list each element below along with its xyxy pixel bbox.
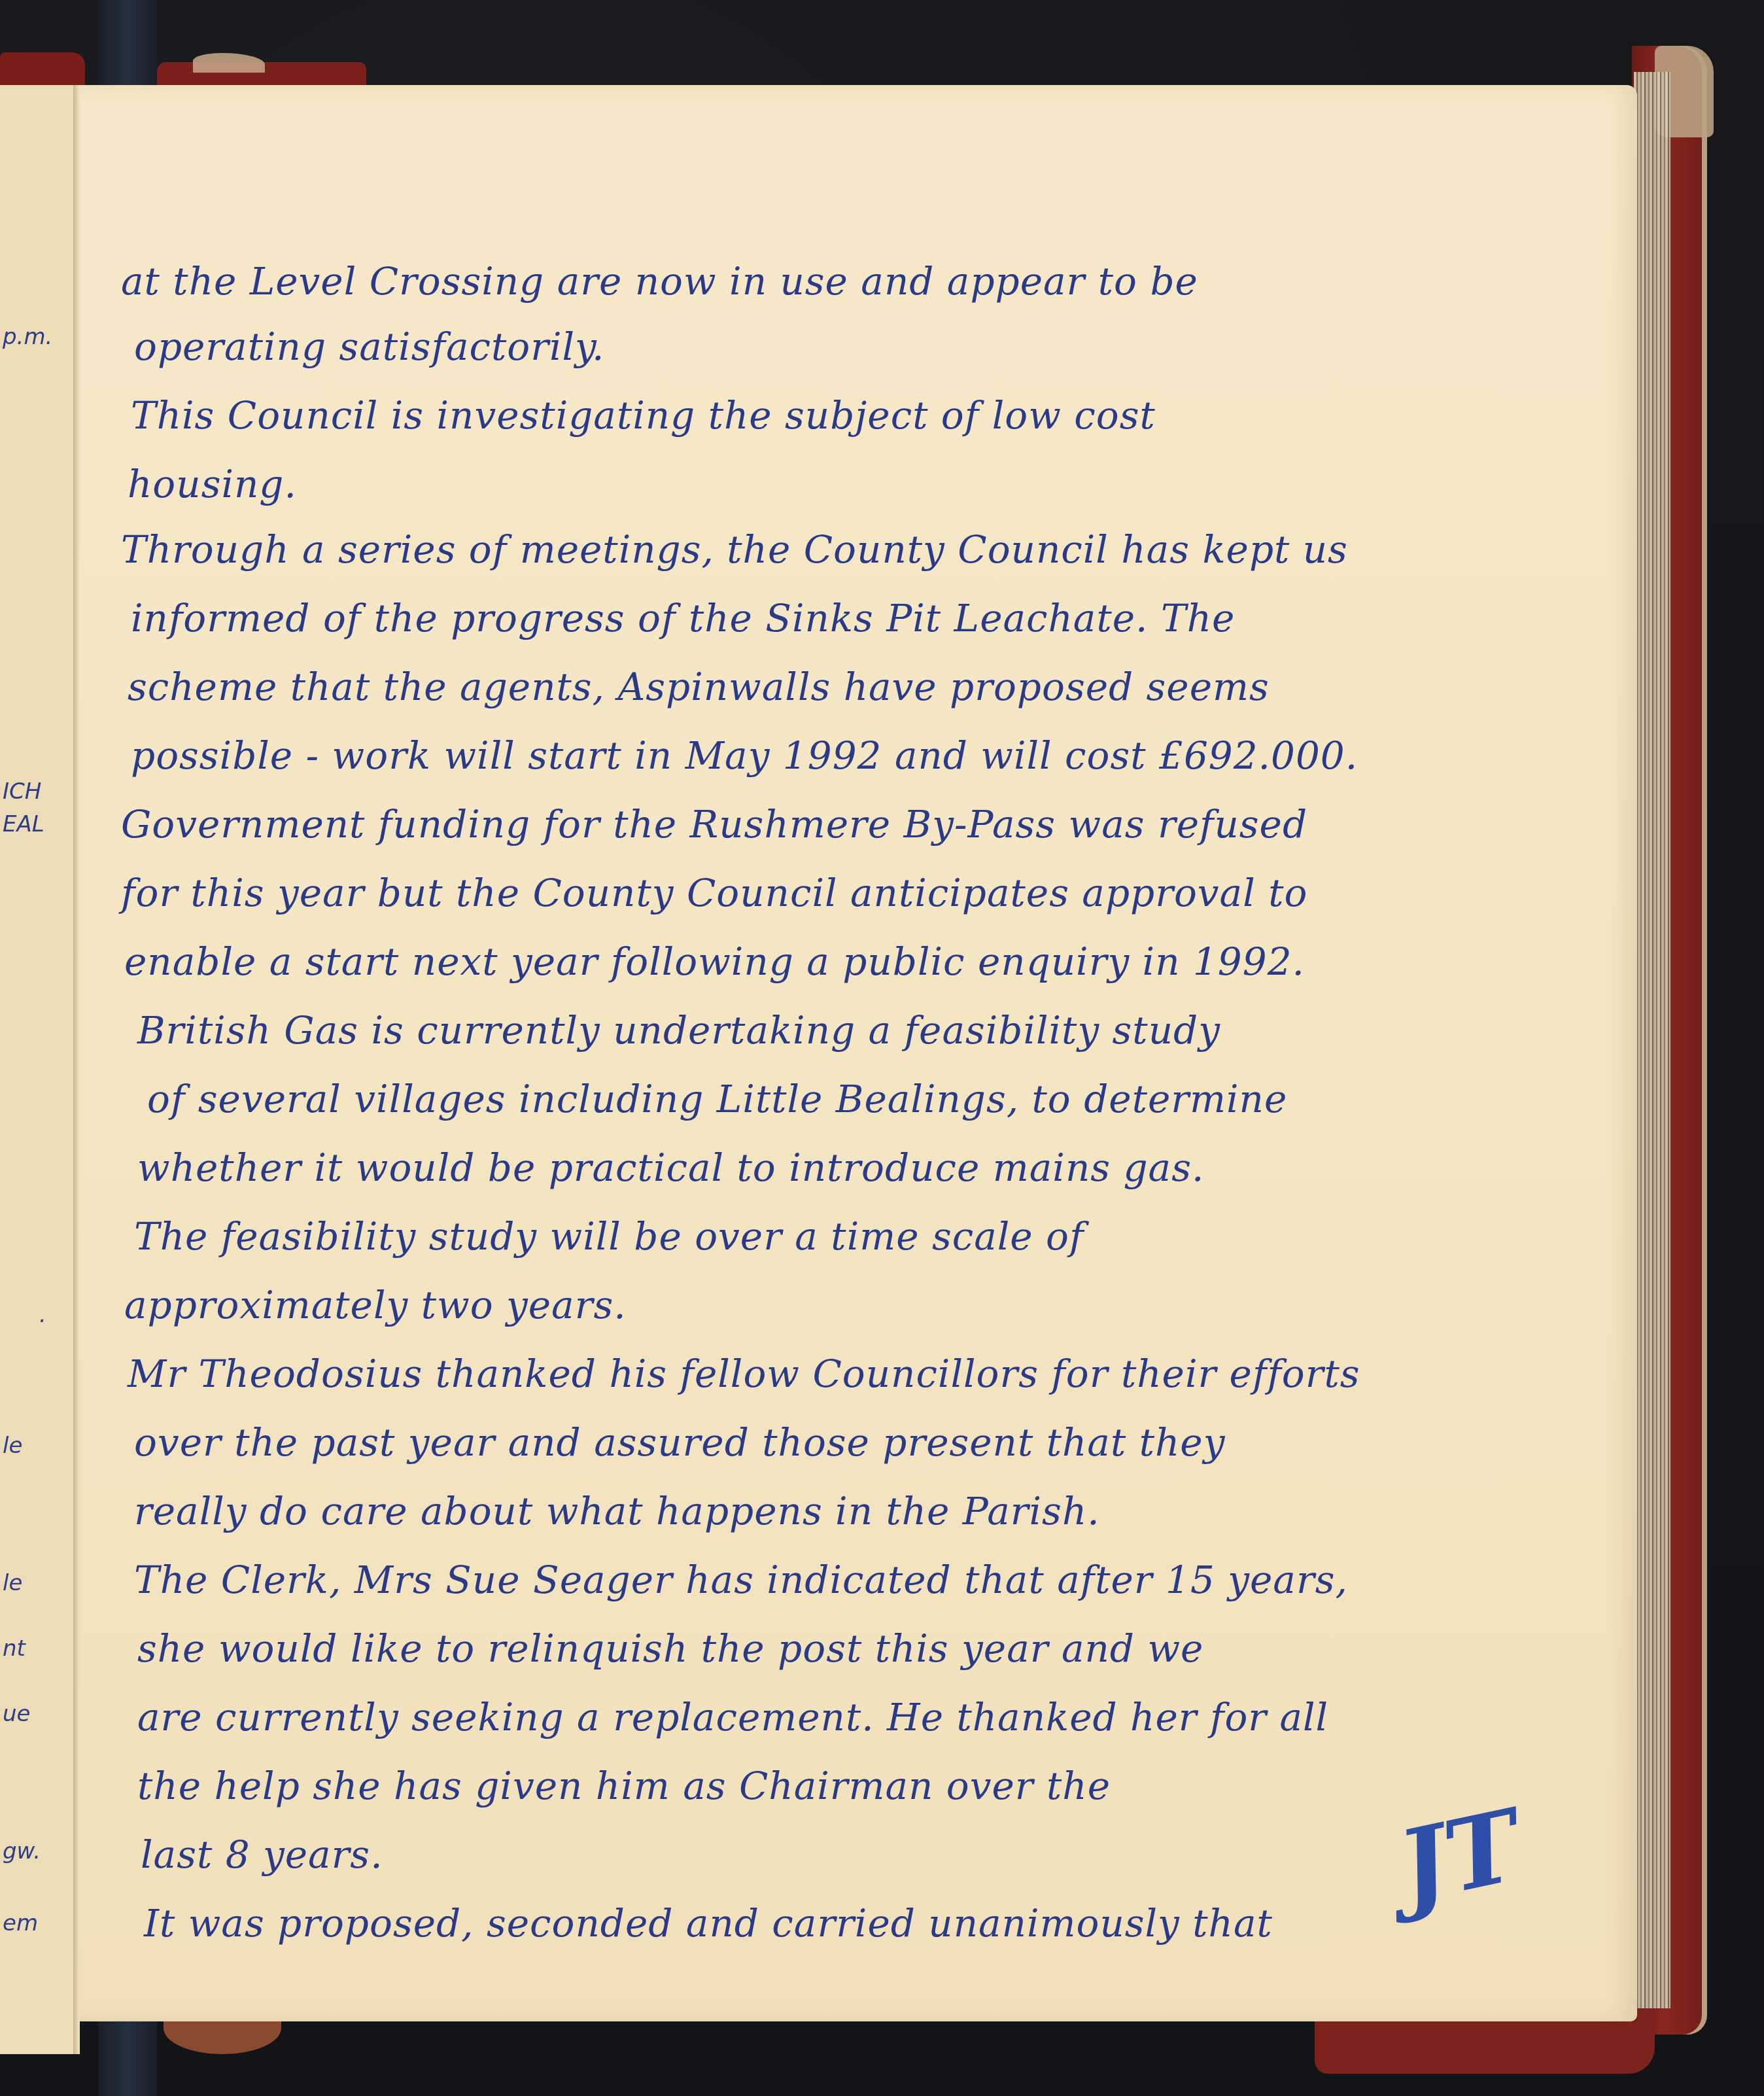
left-margin-fragment: ICH (3, 778, 41, 805)
page-gutter (73, 85, 80, 2054)
handwritten-line: Through a series of meetings, the County… (121, 517, 1348, 582)
handwritten-line: are currently seeking a replacement. He … (137, 1685, 1328, 1750)
handwritten-line: This Council is investigating the subjec… (131, 383, 1156, 448)
left-margin-fragment: . (39, 1302, 46, 1328)
handwritten-line: British Gas is currently undertaking a f… (137, 998, 1220, 1063)
handwritten-line: last 8 years. (141, 1822, 383, 1887)
handwritten-line: enable a start next year following a pub… (124, 929, 1305, 994)
handwritten-line: informed of the progress of the Sinks Pi… (131, 585, 1235, 651)
left-page (0, 85, 77, 2054)
left-margin-fragment: gw. (3, 1838, 41, 1864)
left-margin-fragment: nt (3, 1635, 26, 1662)
handwritten-line: at the Level Crossing are now in use and… (121, 249, 1198, 314)
handwritten-line: Mr Theodosius thanked his fellow Council… (128, 1341, 1360, 1406)
left-margin-fragment: le (3, 1433, 22, 1459)
handwritten-line: really do care about what happens in the… (134, 1478, 1100, 1544)
handwritten-line: she would like to relinquish the post th… (137, 1616, 1203, 1681)
handwritten-line: The feasibility study will be over a tim… (134, 1204, 1084, 1269)
handwritten-line: operating satisfactorily. (134, 314, 605, 379)
left-margin-fragment: em (3, 1910, 38, 1936)
handwritten-line: whether it would be practical to introdu… (137, 1135, 1204, 1200)
handwritten-line: approximately two years. (124, 1272, 627, 1338)
left-margin-fragment: p.m. (3, 324, 52, 350)
handwritten-line: possible - work will start in May 1992 a… (131, 723, 1358, 788)
handwritten-line: Government funding for the Rushmere By-P… (121, 792, 1307, 857)
left-margin-fragment: EAL (3, 811, 44, 837)
handwritten-line: It was proposed, seconded and carried un… (144, 1891, 1273, 1956)
handwritten-line: housing. (128, 451, 297, 517)
left-margin-fragment: le (3, 1570, 22, 1596)
left-margin-fragment: ue (3, 1701, 30, 1727)
handwritten-line: The Clerk, Mrs Sue Seager has indicated … (134, 1547, 1348, 1613)
handwritten-line: over the past year and assured those pre… (134, 1410, 1225, 1475)
chairman-initials: JT (1389, 1788, 1530, 1925)
handwritten-line: scheme that the agents, Aspinwalls have … (128, 654, 1270, 720)
handwritten-line: of several villages including Little Bea… (147, 1066, 1287, 1132)
page-edge-stack (1634, 72, 1670, 2008)
handwritten-line: the help she has given him as Chairman o… (137, 1753, 1111, 1819)
handwritten-line: for this year but the County Council ant… (121, 860, 1307, 926)
